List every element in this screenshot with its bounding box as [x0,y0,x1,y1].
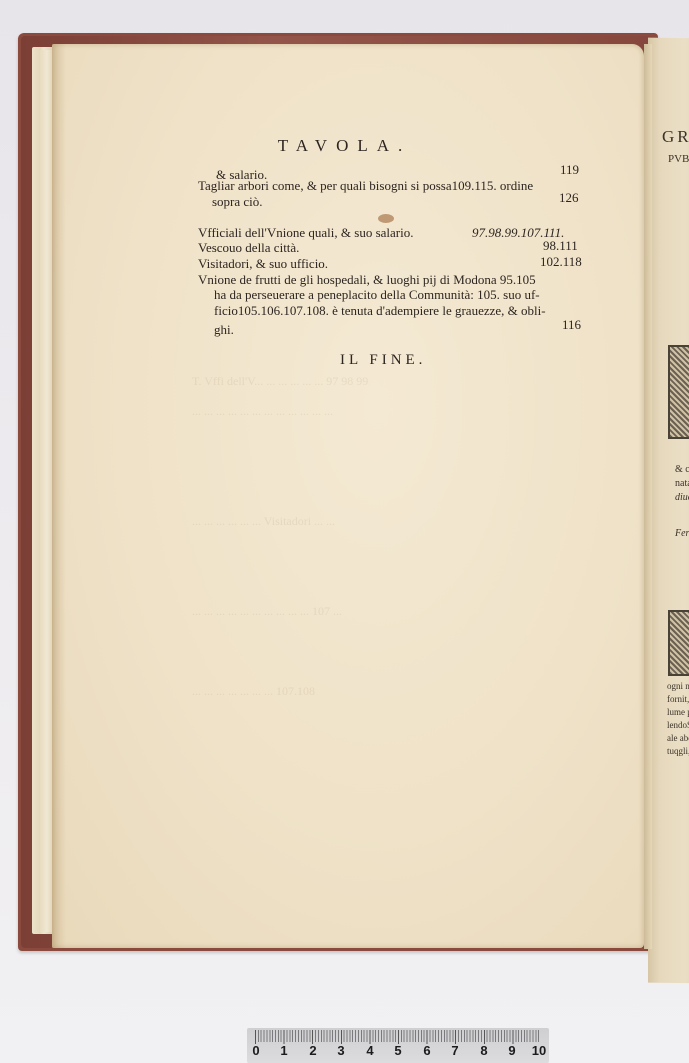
show-through-text: ... ... ... ... ... ... ... 107.108 [192,684,315,699]
ruler-label: 10 [532,1043,546,1058]
woodcut-initial [668,610,689,676]
facing-page [648,38,689,984]
ruler-label: 5 [394,1043,401,1058]
ruler-label: 0 [252,1043,259,1058]
index-entry: Visitadori, & suo ufficio. [198,256,328,271]
page-title: TAVOLA. [0,136,689,156]
facing-page-line: fornit, & c [667,693,689,706]
page-reference: 126 [559,190,579,205]
page-reference: 102.118 [540,254,582,269]
ruler-label: 3 [337,1043,344,1058]
facing-page-line: & cul [675,463,689,477]
page-reference: 98.111 [543,238,578,253]
facing-page-line: nata. [675,477,689,491]
woodcut-illustration [668,345,689,439]
ruler-label: 2 [309,1043,316,1058]
facing-page-line: diuers [675,491,689,505]
ruler-label: 7 [451,1043,458,1058]
facing-page-gutter [644,44,652,949]
scale-ruler: 0 1 2 3 4 5 6 7 8 9 10 [247,1028,549,1063]
ink-stain [378,214,394,223]
ruler-label: 9 [508,1043,515,1058]
show-through-text: T. Vffi dell'V... ... ... ... ... ... 97… [192,374,368,389]
facing-page-line: tuqgli, & [667,745,689,758]
index-entry: ficio105.106.107.108. è tenuta d'adempie… [214,303,546,318]
ruler-major-ticks [255,1030,541,1044]
facing-page-line: lendoS. En [667,719,689,732]
facing-page-line: Ferrar [675,527,689,541]
page-reference: 116 [562,317,581,332]
index-entry: ha da perseuerare a peneplacito della Co… [214,287,540,302]
index-entry: Vfficiali dell'Vnione quali, & suo salar… [198,225,413,240]
page-reference: 119 [560,162,579,177]
closing-text: IL FINE. [340,352,426,369]
index-entry: ghi. [214,322,234,337]
ruler-label: 6 [423,1043,430,1058]
index-entry: Vnione de frutti de gli hospedali, & luo… [198,272,536,287]
index-entry: Vescouo della città. [198,240,299,255]
ruler-label: 8 [480,1043,487,1058]
facing-page-line: lume per la [667,706,689,719]
facing-page-line: ale abonam [667,732,689,745]
index-entry: Tagliar arbori come, & per quali bisogni… [198,178,533,193]
show-through-text: ... ... ... ... ... ... ... ... ... ... … [192,604,342,619]
index-entry: sopra ciò. [212,194,263,209]
ruler-label: 4 [366,1043,373,1058]
ruler-label: 1 [280,1043,287,1058]
show-through-text: ... ... ... ... ... ... Visitadori ... .… [192,514,335,529]
show-through-text: ... ... ... ... ... ... ... ... ... ... … [192,404,333,419]
facing-page-line: ogni numer [667,680,689,693]
